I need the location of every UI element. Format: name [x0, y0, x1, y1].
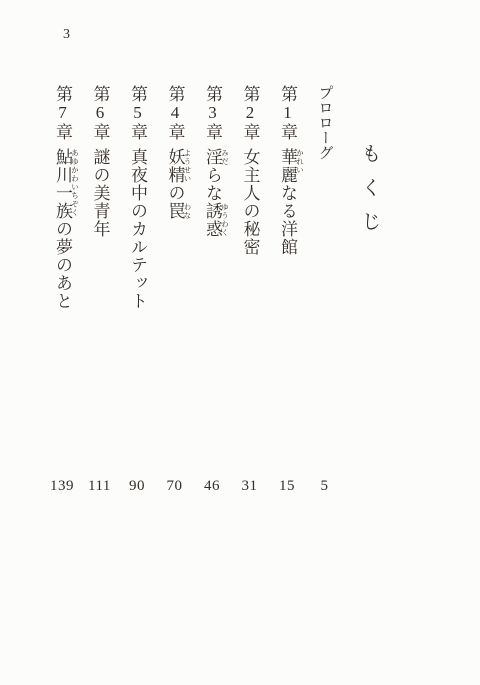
- furigana: みだ: [219, 149, 229, 166]
- toc-entry-chapter: 第7章鮎川一族あゆかわいちぞくの夢のあと139: [53, 85, 71, 505]
- chapter-title: 真夜中のカルテット: [128, 148, 146, 310]
- title-segment: 女主人の秘密: [241, 148, 260, 256]
- title-segment-text: の: [166, 184, 185, 202]
- entry-page-number: 90: [115, 478, 159, 494]
- entry-page-number: 15: [265, 478, 309, 494]
- title-segment-text: 真夜中のカルテット: [128, 148, 147, 310]
- title-segment: 華麗かれい: [278, 148, 297, 184]
- title-segment-text: なる洋館: [278, 184, 297, 256]
- entry-page-number: 111: [78, 478, 122, 494]
- entry-page-number: 70: [153, 478, 197, 494]
- furigana: あゆかわいちぞく: [69, 149, 79, 217]
- title-segment-text: プロローグ: [317, 85, 333, 160]
- toc-entry-chapter: 第5章真夜中のカルテット90: [128, 85, 146, 505]
- toc-entry-chapter: 第6章謎の美青年111: [91, 85, 109, 505]
- title-segment: の夢のあと: [53, 220, 72, 310]
- toc-entry-chapter: 第4章妖精ようせいの罠わな70: [166, 85, 184, 505]
- book-page: { "page": { "folio": "3", "paper_color":…: [0, 0, 480, 685]
- chapter-number: 第3章: [203, 85, 221, 141]
- toc-entry-prologue: プロローグ5: [316, 85, 334, 505]
- title-segment: 罠わな: [166, 202, 185, 220]
- chapter-number: 第6章: [91, 85, 109, 141]
- chapter-title: 女主人の秘密: [241, 148, 259, 256]
- chapter-number: 第7章: [53, 85, 71, 141]
- entry-page-number: 46: [190, 478, 234, 494]
- chapter-title: 鮎川一族あゆかわいちぞくの夢のあと: [53, 148, 71, 310]
- furigana: ゆうわく: [219, 203, 229, 237]
- title-segment: なる洋館: [278, 184, 297, 256]
- chapter-number: 第1章: [278, 85, 296, 141]
- title-segment-text: の夢のあと: [53, 220, 72, 310]
- toc-entries: プロローグ5第1章華麗かれいなる洋館15第2章女主人の秘密31第3章淫みだらな誘…: [0, 85, 480, 515]
- chapter-number: 第4章: [166, 85, 184, 141]
- title-segment: プロローグ: [317, 85, 333, 160]
- title-segment: 妖精ようせい: [166, 148, 185, 184]
- toc-entry-chapter: 第1章華麗かれいなる洋館15: [278, 85, 296, 505]
- chapter-number: 第2章: [241, 85, 259, 141]
- title-segment-text: 謎の美青年: [91, 148, 110, 238]
- toc-entry-chapter: 第2章女主人の秘密31: [241, 85, 259, 505]
- title-segment: らな: [203, 166, 222, 202]
- chapter-title: 妖精ようせいの罠わな: [166, 148, 184, 220]
- title-segment: 真夜中のカルテット: [128, 148, 147, 310]
- chapter-title: 謎の美青年: [91, 148, 109, 238]
- furigana: かれい: [294, 149, 304, 175]
- title-segment: 鮎川一族あゆかわいちぞく: [53, 148, 72, 220]
- title-segment-text: 女主人の秘密: [241, 148, 260, 256]
- page-number-folio: 3: [63, 27, 71, 43]
- entry-page-number: 139: [40, 478, 84, 494]
- furigana: ようせい: [181, 149, 191, 183]
- title-segment: 淫みだ: [203, 148, 222, 166]
- chapter-title: 華麗かれいなる洋館: [278, 148, 296, 256]
- title-segment: 謎の美青年: [91, 148, 110, 238]
- entry-page-number: 5: [303, 478, 347, 494]
- furigana: わな: [181, 203, 191, 220]
- chapter-number: 第5章: [128, 85, 146, 141]
- chapter-title: 淫みだらな誘惑ゆうわく: [203, 148, 221, 238]
- title-segment: 誘惑ゆうわく: [203, 202, 222, 238]
- entry-page-number: 31: [228, 478, 272, 494]
- toc-entry-chapter: 第3章淫みだらな誘惑ゆうわく46: [203, 85, 221, 505]
- prologue-label: プロローグ: [316, 85, 334, 160]
- title-segment: の: [166, 184, 185, 202]
- title-segment-text: らな: [203, 166, 222, 202]
